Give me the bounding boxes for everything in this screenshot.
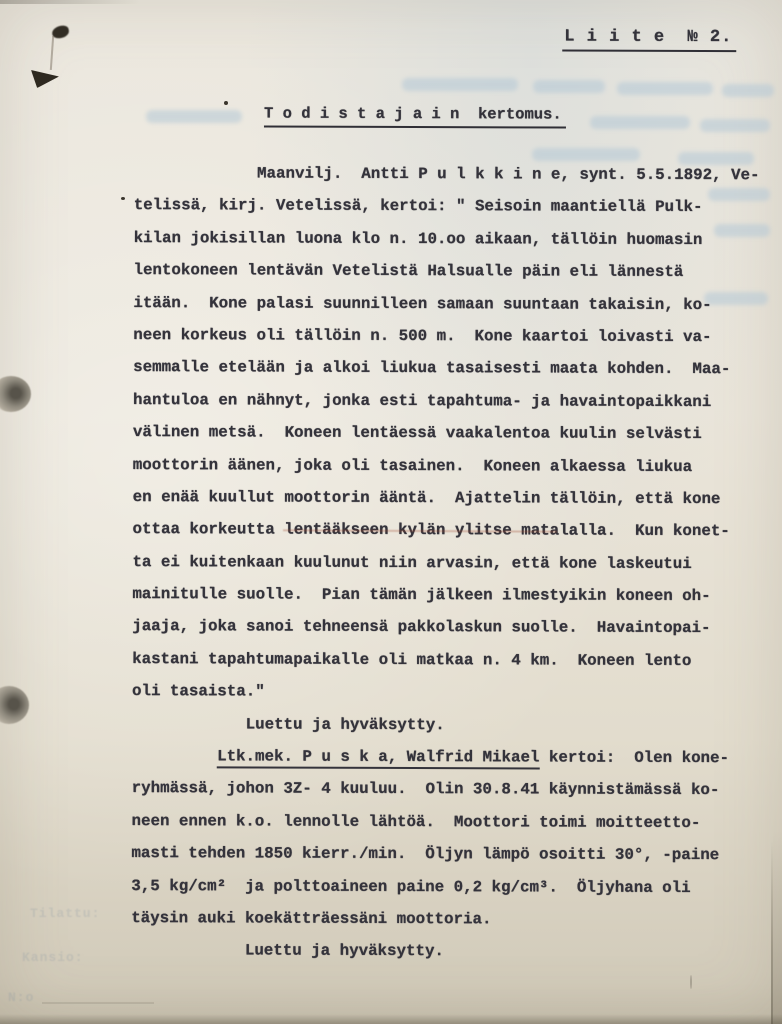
document-heading: T o d i s t a j a i n kertomus. [264,105,566,129]
line-text: 3,5 kg/cm² ja polttoaineen paine 0,2 kg/… [131,877,690,897]
line-text: telissä, kirj. Vetelissä, kertoi: " Seis… [134,196,703,216]
line-text: masti tehden 1850 kierr./min. Öljyn lämp… [131,844,719,864]
text-line: Luettu ja hyväksytty. [132,708,782,743]
text-line: Maanvilj. Antti P u l k k i n e, synt. 5… [134,157,782,192]
text-line: jaaja, joka sanoi tehneensä pakkolaskun … [132,611,782,646]
line-text: kilan jokisillan luona klo n. 10.oo aika… [134,229,703,249]
line-text: kertoi: Olen kone- [539,748,729,767]
stamp-number: N:o [8,990,34,1005]
scanned-document-page: L i i t e № 2. T o d i s t a j a i n ker… [0,0,782,1024]
line-text: neen korkeus oli tällöin n. 500 m. Kone … [133,326,711,346]
line-text: oli tasaista." [132,682,265,700]
typed-content: L i i t e № 2. T o d i s t a j a i n ker… [0,0,782,1024]
line-text: ryhmässä, johon 3Z- 4 kuuluu. Olin 30.8.… [132,779,720,799]
stamp-folder: Kansio: [22,950,84,965]
text-line: en enää kuullut moottorin ääntä. Ajattel… [133,481,782,516]
line-text: ta ei kuitenkaan kuulunut niin arvasin, … [132,553,691,573]
page-edge-shadow [773,830,782,1024]
text-line: Ltk.mek. P u s k a, Walfrid Mikael kerto… [132,740,782,775]
line-text: lentokoneen lentävän Vetelistä Halsualle… [133,261,683,281]
text-line: hantuloa en nähnyt, jonka esti tapahtuma… [133,384,782,419]
text-line: lentokoneen lentävän Vetelistä Halsualle… [133,254,782,289]
text-line: ta ei kuitenkaan kuulunut niin arvasin, … [132,546,782,581]
text-line: Luettu ja hyväksytty. [131,934,782,969]
text-line: oli tasaista." [132,675,782,710]
line-text: hantuloa en nähnyt, jonka esti tapahtuma… [133,391,711,411]
text-line: kilan jokisillan luona klo n. 10.oo aika… [134,222,782,257]
line-text: kastani tapahtumapaikalle oli matkaa n. … [132,650,691,670]
line-text: Luettu ja hyväksytty. [131,941,444,960]
line-text: jaaja, joka sanoi tehneensä pakkolaskun … [132,618,710,638]
text-line: ryhmässä, johon 3Z- 4 kuuluu. Olin 30.8.… [132,772,782,807]
line-text: mainitulle suolle. Pian tämän jälkeen il… [132,585,710,605]
paper-speck [690,975,692,989]
line-text: semmalle etelään ja alkoi liukua tasaise… [133,358,730,378]
text-line: mainitulle suolle. Pian tämän jälkeen il… [132,578,782,613]
document-body: Maanvilj. Antti P u l k k i n e, synt. 5… [131,157,782,969]
text-line: semmalle etelään ja alkoi liukua tasaise… [133,351,782,386]
text-line: telissä, kirj. Vetelissä, kertoi: " Seis… [134,189,782,224]
text-line: masti tehden 1850 kierr./min. Öljyn lämp… [131,837,782,872]
line-text: Maanvilj. Antti P u l k k i n e, synt. 5… [134,164,760,184]
line-text: moottorin äänen, joka oli tasainen. Kone… [133,456,692,476]
text-line: täysin auki koekätträessäni moottoria. [131,902,782,937]
stamp-registered: Tilattu: [30,906,100,921]
paper-speck [121,197,125,200]
line-text: itään. Kone palasi suunnilleen samaan su… [133,294,711,314]
text-line: neen korkeus oli tällöin n. 500 m. Kone … [133,319,782,354]
text-line: 3,5 kg/cm² ja polttoaineen paine 0,2 kg/… [131,870,782,905]
page-edge-shadow [0,0,140,4]
page-edge-shadow [0,1014,782,1024]
text-line: neen ennen k.o. lennolle lähtöä. Moottor… [131,805,782,840]
line-text: välinen metsä. Koneen lentäessä vaakalen… [133,423,702,443]
line-text [132,747,217,765]
underlined-text: Ltk.mek. P u s k a, Walfrid Mikael [217,747,539,769]
stamp-rule-line [42,1002,154,1004]
page-title: L i i t e № 2. [562,28,736,53]
line-text: Luettu ja hyväksytty. [132,715,445,734]
line-text: neen ennen k.o. lennolle lähtöä. Moottor… [132,812,701,832]
text-line: moottorin äänen, joka oli tasainen. Kone… [133,449,782,484]
text-line: itään. Kone palasi suunnilleen samaan su… [133,287,782,322]
line-text: en enää kuullut moottorin ääntä. Ajattel… [133,488,721,508]
line-text: täysin auki koekätträessäni moottoria. [131,909,491,928]
text-line: välinen metsä. Koneen lentäessä vaakalen… [133,416,782,451]
text-line: kastani tapahtumapaikalle oli matkaa n. … [132,643,782,678]
paper-speck [224,101,228,105]
